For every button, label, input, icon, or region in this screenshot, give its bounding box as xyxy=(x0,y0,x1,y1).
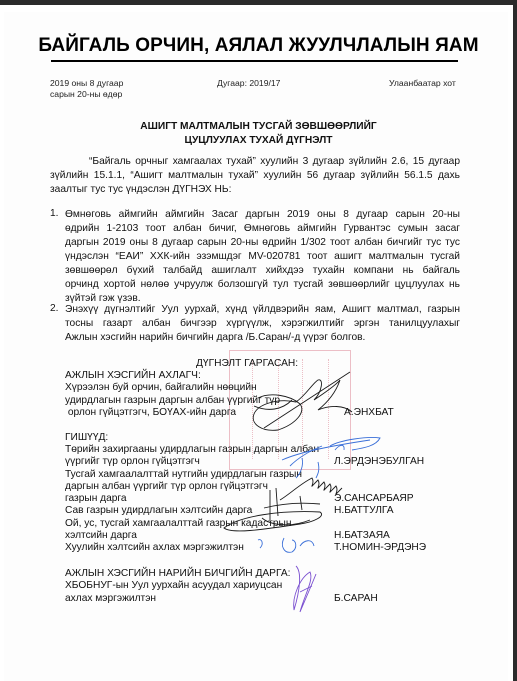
member-name: Н.БАТТУЛГА xyxy=(334,505,394,517)
item-line: Өмнөговь аймгийн аймгийн Засаг даргын 20… xyxy=(65,208,460,222)
member-title-line: Төрийн захиргааны удирдлагын газрын дарг… xyxy=(65,444,319,456)
item-line: орчинд хортой нөлөө учруулж болзошгүй ту… xyxy=(65,278,460,292)
item-line: зөвшөөрөл бүхий талбайд ашиглалт хийхдээ… xyxy=(65,264,460,278)
item-line: Ажлын хэсгийн нарийн бичгийн дарга /Б.Са… xyxy=(65,331,460,345)
secretary-title-line: ХБОБНУГ-ын Уул уурхайн асуудал хариуцсан xyxy=(65,580,290,592)
item-line: өдрийн 1-2103 тоот албан бичиг, Өмнөговь… xyxy=(65,222,460,236)
member-title-line: газрын дарга xyxy=(65,493,319,505)
chair-title-line: удирдлагын газрын даргын албан үүргийг т… xyxy=(65,395,280,407)
signatures-heading: ДҮГНЭЛТ ГАРГАСАН: xyxy=(196,358,298,370)
member-name: Н.БАТЗАЯА xyxy=(334,530,390,542)
document-date: 2019 оны 8 дугаар сарын 20-ны өдөр xyxy=(50,78,123,100)
item-number: 2. xyxy=(50,303,59,314)
secretary-title-line: ахлах мэргэжилтэн xyxy=(65,593,290,605)
title-line-1: АШИГТ МАЛТМАЛЫН ТУСГАЙ ЗӨВШӨӨРЛИЙГ xyxy=(0,120,517,134)
member-name: Э.САНСАРБАЯР xyxy=(334,493,414,505)
intro-line: заалтыг тус тус үндэслэн ДҮГНЭХ НЬ: xyxy=(50,183,460,197)
secretary-name: Б.САРАН xyxy=(334,593,378,605)
date-line-2: сарын 20-ны өдөр xyxy=(50,89,123,100)
member-title-line: Хуулийн хэлтсийн ахлах мэргэжилтэн xyxy=(65,542,319,554)
chair-name: А.ЭНХБАТ xyxy=(344,407,394,419)
intro-line: зүйлийн 15.1.1, “Ашигт малтмалын тухай” … xyxy=(50,169,460,183)
chair-title-line: орлон гүйцэтгэгч, БОҮАХ-ийн дарга xyxy=(65,407,280,419)
secretary-block: АЖЛЫН ХЭСГИЙН НАРИЙН БИЧГИЙН ДАРГА: ХБОБ… xyxy=(65,568,290,605)
member-title: Төрийн захиргааны удирдлагын газрын дарг… xyxy=(65,444,319,555)
document-city: Улаанбаатар хот xyxy=(389,78,456,89)
member-title-line: даргын албан үүргийг түр орлон гүйцэтгэг… xyxy=(65,481,319,493)
member-name: Т.НОМИН-ЭРДЭНЭ xyxy=(334,542,426,554)
member-name: Л.ЭРДЭНЭБУЛГАН xyxy=(334,456,424,468)
date-line-1: 2019 оны 8 дугаар xyxy=(50,78,123,89)
members-label: ГИШҮҮД: xyxy=(65,432,108,444)
ministry-name: БАЙГАЛЬ ОРЧИН, АЯЛАЛ ЖУУЛЧЛАЛЫН ЯАМ xyxy=(0,35,517,57)
item-number: 1. xyxy=(50,208,59,219)
member-title-line: Сав газрын удирдлагын хэлтсийн дарга xyxy=(65,505,319,517)
item-line: тосны газарт албан бичгээр хүргүүлж, хэр… xyxy=(65,317,460,331)
chair-block: АЖЛЫН ХЭСГИЙН АХЛАГЧ: Хүрээлэн буй орчин… xyxy=(65,370,280,419)
window-right-border xyxy=(513,0,517,681)
item-1-paragraph: Өмнөговь аймгийн аймгийн Засаг даргын 20… xyxy=(65,208,460,306)
intro-line: “Байгаль орчныг хамгаалах тухай” хуулийн… xyxy=(50,155,460,169)
member-title-line: үүргийг түр орлон гүйцэтгэгч xyxy=(65,456,319,468)
item-2-paragraph: Энэхүү дүгнэлтийг Уул уурхай, хүнд үйлдв… xyxy=(65,303,460,345)
window-top-border xyxy=(0,0,517,5)
item-line: Энэхүү дүгнэлтийг Уул уурхай, хүнд үйлдв… xyxy=(65,303,460,317)
title-line-2: ЦУЦЛУУЛАХ ТУХАЙ ДҮГНЭЛТ xyxy=(0,134,517,148)
item-line: үндэслэн “ЕАИ” ХХК-ийн эзэмшдэг MV-02078… xyxy=(65,250,460,264)
item-line: даргын 2019 оны 8 дугаар сарын 20-ны өдр… xyxy=(65,236,460,250)
chair-title-line: Хүрээлэн буй орчин, байгалийн нөөцийн xyxy=(65,382,280,394)
header-rule xyxy=(51,60,458,62)
intro-paragraph: “Байгаль орчныг хамгаалах тухай” хуулийн… xyxy=(50,155,460,197)
member-title-line: Тусгай хамгаалалттай нутгийн удирдлагын … xyxy=(65,469,319,481)
document-number: Дугаар: 2019/17 xyxy=(217,78,280,89)
secretary-label: АЖЛЫН ХЭСГИЙН НАРИЙН БИЧГИЙН ДАРГА: xyxy=(65,568,290,580)
member-title-line: Ой, ус, тусгай хамгаалалттай газрын када… xyxy=(65,518,319,530)
chair-label: АЖЛЫН ХЭСГИЙН АХЛАГЧ: xyxy=(65,370,280,382)
member-title-line: хэлтсийн дарга xyxy=(65,530,319,542)
document-title: АШИГТ МАЛТМАЛЫН ТУСГАЙ ЗӨВШӨӨРЛИЙГ ЦУЦЛУ… xyxy=(0,120,517,148)
